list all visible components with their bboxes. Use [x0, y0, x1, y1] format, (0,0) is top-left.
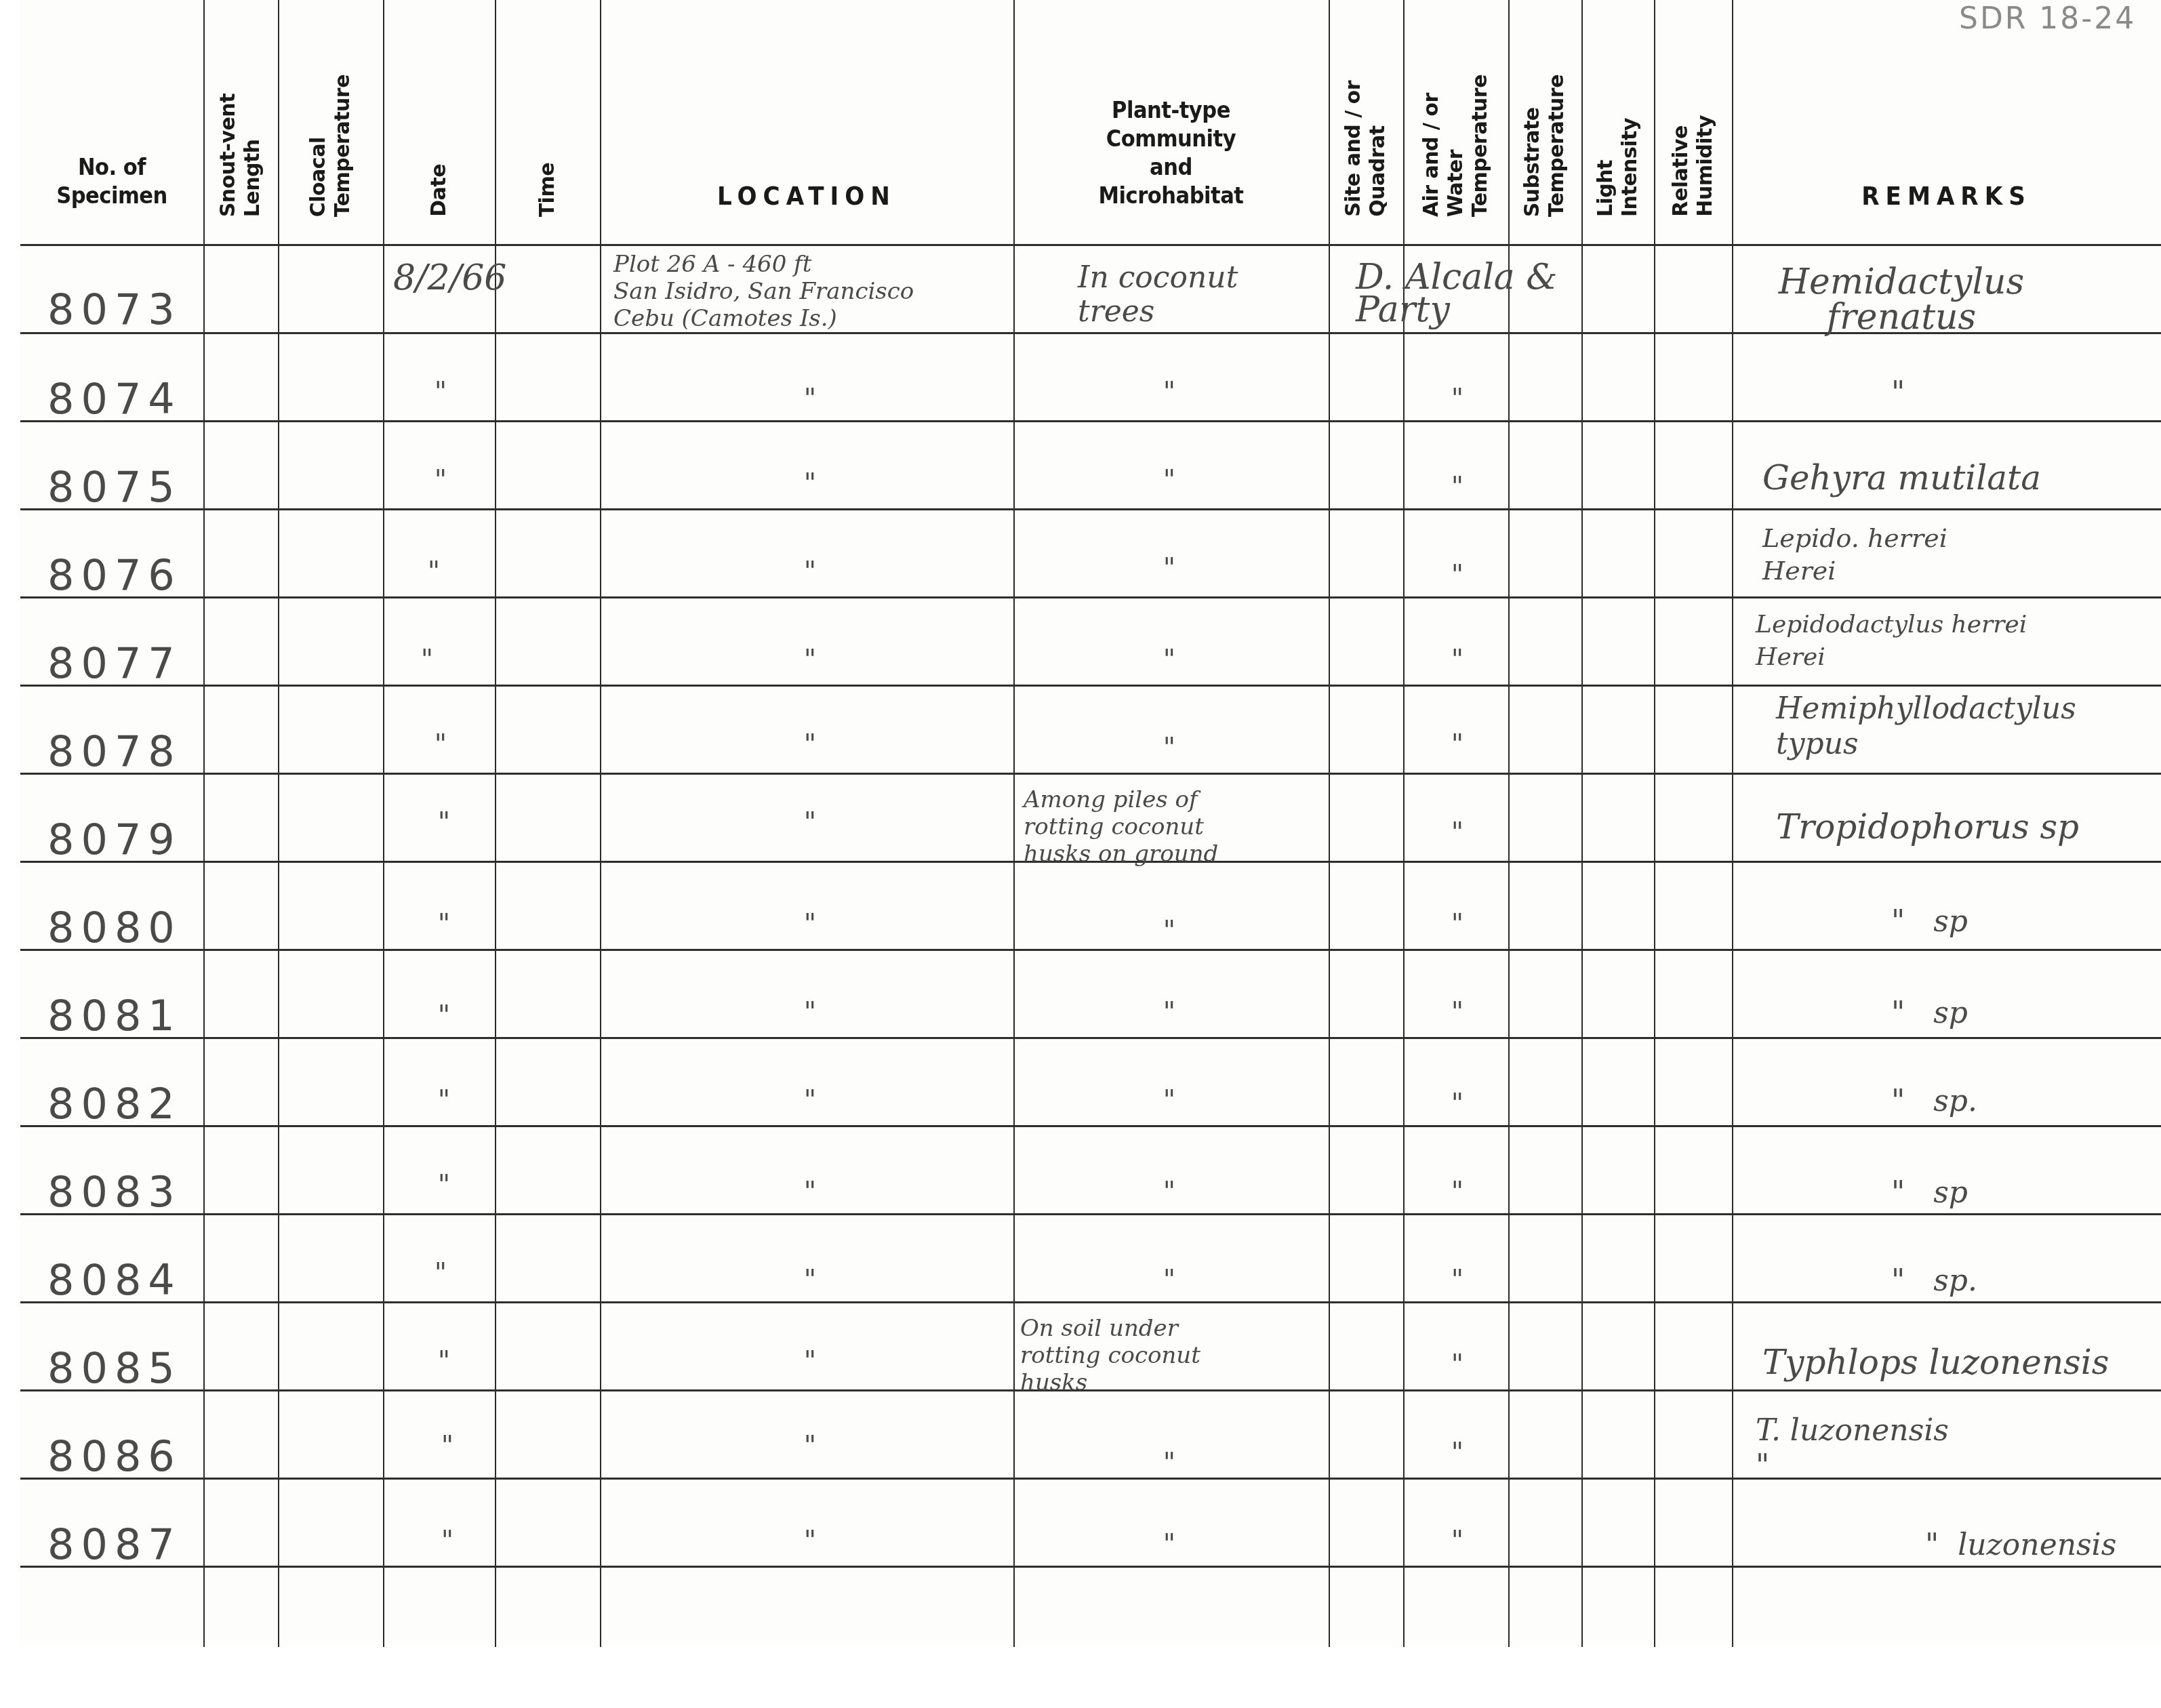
row-divider: [20, 1125, 2161, 1127]
microhabitat-cell: In coconut trees: [1078, 261, 1335, 329]
collector-ditto: ": [1437, 644, 1478, 675]
column-divider: [600, 0, 601, 1647]
collector-ditto: ": [1437, 817, 1478, 848]
specimen-number: 8086: [47, 1431, 182, 1481]
specimen-number: 8087: [47, 1520, 182, 1569]
column-divider: [203, 0, 205, 1647]
row-divider: [20, 1213, 2161, 1215]
microhabitat-ditto: ": [1149, 1176, 1190, 1207]
collector-ditto: ": [1437, 1264, 1478, 1295]
location-ditto: ": [790, 383, 830, 414]
date-ditto: ": [424, 1084, 464, 1116]
date-ditto: ": [427, 1525, 468, 1556]
specimen-number: 8078: [47, 727, 182, 776]
collector-ditto: ": [1437, 1437, 1478, 1468]
specimen-number: 8083: [47, 1167, 182, 1217]
collector-ditto: ": [1437, 908, 1478, 939]
remarks-cell: Lepido. herrei Herei: [1762, 522, 2142, 587]
remarks-cell: " sp: [1891, 905, 2156, 939]
header-relative-humidity: Relative Humidity: [1654, 0, 1732, 244]
microhabitat-ditto: ": [1149, 464, 1190, 495]
date-ditto: ": [407, 644, 447, 675]
header-air-water-temperature: Air and / or Water Temperature: [1403, 0, 1508, 244]
location-ditto: ": [790, 1430, 830, 1461]
row-divider: [20, 596, 2161, 598]
location-ditto: ": [790, 1525, 830, 1556]
remarks-cell: ": [1891, 376, 1905, 410]
collector-ditto: ": [1437, 383, 1478, 414]
row-divider: [20, 685, 2161, 687]
row-divider: [20, 508, 2161, 510]
row-divider: [20, 420, 2161, 422]
column-divider: [1013, 0, 1015, 1647]
remarks-cell: " sp.: [1891, 1084, 2156, 1118]
date-ditto: ": [424, 908, 464, 939]
header-snout-vent-length: Snout-vent Length: [203, 0, 278, 244]
column-divider: [1581, 0, 1583, 1647]
remarks-cell: Hemiphyllodactylus typus: [1776, 691, 2156, 762]
remarks-cell: " luzonensis: [1925, 1528, 2156, 1562]
column-divider: [1654, 0, 1655, 1647]
microhabitat-ditto: ": [1149, 915, 1190, 946]
header-remarks: REMARKS: [1732, 0, 2161, 244]
column-divider: [383, 0, 384, 1647]
microhabitat-ditto: ": [1149, 552, 1190, 584]
collector-ditto: ": [1437, 559, 1478, 590]
date-ditto: ": [420, 1257, 461, 1288]
header-date: Date: [383, 0, 495, 244]
header-time: Time: [495, 0, 600, 244]
column-divider: [495, 0, 496, 1647]
date-cell: 8/2/66: [393, 261, 506, 295]
header-specimen-no: No. of Specimen: [20, 0, 203, 244]
date-ditto: ": [427, 1430, 468, 1461]
collector-ditto: ": [1437, 1349, 1478, 1380]
column-divider: [1403, 0, 1405, 1647]
date-ditto: ": [424, 1345, 464, 1377]
remarks-cell: " sp.: [1891, 1264, 2156, 1298]
specimen-number: 8085: [47, 1343, 182, 1393]
collector-ditto: ": [1437, 1525, 1478, 1556]
collector-cell: D. Alcala & Party: [1356, 261, 1640, 326]
collector-ditto: ": [1437, 471, 1478, 502]
row-divider: [20, 244, 2161, 246]
microhabitat-cell: On soil under rotting coconut husks: [1020, 1315, 1325, 1396]
microhabitat-ditto: ": [1149, 1528, 1190, 1560]
microhabitat-ditto: ": [1149, 732, 1190, 763]
remarks-cell: Lepidodactylus herrei Herei: [1756, 609, 2149, 674]
location-ditto: ": [790, 996, 830, 1028]
specimen-number: 8076: [47, 550, 182, 600]
remarks-cell: Typhlops luzonensis: [1762, 1345, 2156, 1379]
header-plant-type: Plant-type Community and Microhabitat: [1013, 0, 1329, 244]
location-ditto: ": [790, 908, 830, 939]
collector-ditto: ": [1437, 729, 1478, 760]
date-ditto: ": [420, 729, 461, 760]
specimen-number: 8075: [47, 462, 182, 512]
specimen-number: 8082: [47, 1079, 182, 1128]
collector-ditto: ": [1437, 1176, 1478, 1207]
header-location: LOCATION: [600, 0, 1013, 244]
row-divider: [20, 773, 2161, 775]
remarks-cell: Hemidactylus frenatus: [1749, 264, 2054, 335]
microhabitat-ditto: ": [1149, 1264, 1190, 1295]
header-light-intensity: Light Intensity: [1581, 0, 1654, 244]
location-ditto: ": [790, 729, 830, 760]
header-substrate-temperature: Substrate Temperature: [1508, 0, 1581, 244]
header-site-quadrat: Site and / or Quadrat: [1329, 0, 1403, 244]
date-ditto: ": [424, 807, 464, 838]
microhabitat-ditto: ": [1149, 376, 1190, 407]
microhabitat-ditto: ": [1149, 1447, 1190, 1478]
column-divider: [1732, 0, 1733, 1647]
row-divider: [20, 949, 2161, 951]
date-ditto: ": [420, 464, 461, 495]
specimen-number: 8079: [47, 815, 182, 864]
microhabitat-cell: Among piles of rotting coconut husks on …: [1024, 786, 1329, 868]
remarks-cell: Gehyra mutilata: [1762, 461, 2041, 495]
microhabitat-ditto: ": [1149, 1084, 1190, 1116]
location-ditto: ": [790, 807, 830, 838]
microhabitat-ditto: ": [1149, 644, 1190, 675]
date-ditto: ": [424, 1169, 464, 1200]
location-cell: Plot 26 A - 460 ft San Isidro, San Franc…: [613, 251, 1088, 332]
column-divider: [278, 0, 279, 1647]
column-divider: [1329, 0, 1330, 1647]
remarks-cell: T. luzonensis ": [1756, 1413, 2081, 1484]
location-ditto: ": [790, 644, 830, 675]
location-ditto: ": [790, 1084, 830, 1116]
row-divider: [20, 1566, 2161, 1568]
location-ditto: ": [790, 1264, 830, 1295]
remarks-cell: " sp: [1891, 1176, 2156, 1210]
row-divider: [20, 1037, 2161, 1039]
specimen-number: 8073: [47, 285, 182, 334]
collector-ditto: ": [1437, 1088, 1478, 1119]
location-ditto: ": [790, 1176, 830, 1207]
specimen-number: 8080: [47, 903, 182, 952]
specimen-number: 8084: [47, 1255, 182, 1305]
date-ditto: ": [413, 556, 454, 587]
microhabitat-ditto: ": [1149, 996, 1190, 1028]
remarks-cell: Tropidophorus sp: [1776, 810, 2156, 844]
specimen-number: 8077: [47, 638, 182, 688]
date-ditto: ": [424, 1000, 464, 1031]
row-divider: [20, 1301, 2161, 1303]
location-ditto: ": [790, 1345, 830, 1377]
remarks-cell: " sp: [1891, 996, 2156, 1030]
header-cloacal-temperature: Cloacal Temperature: [278, 0, 383, 244]
collector-ditto: ": [1437, 996, 1478, 1028]
specimen-number: 8081: [47, 991, 182, 1040]
specimen-number: 8074: [47, 374, 182, 424]
date-ditto: ": [420, 376, 461, 407]
location-ditto: ": [790, 468, 830, 499]
location-ditto: ": [790, 556, 830, 587]
column-divider: [1508, 0, 1510, 1647]
